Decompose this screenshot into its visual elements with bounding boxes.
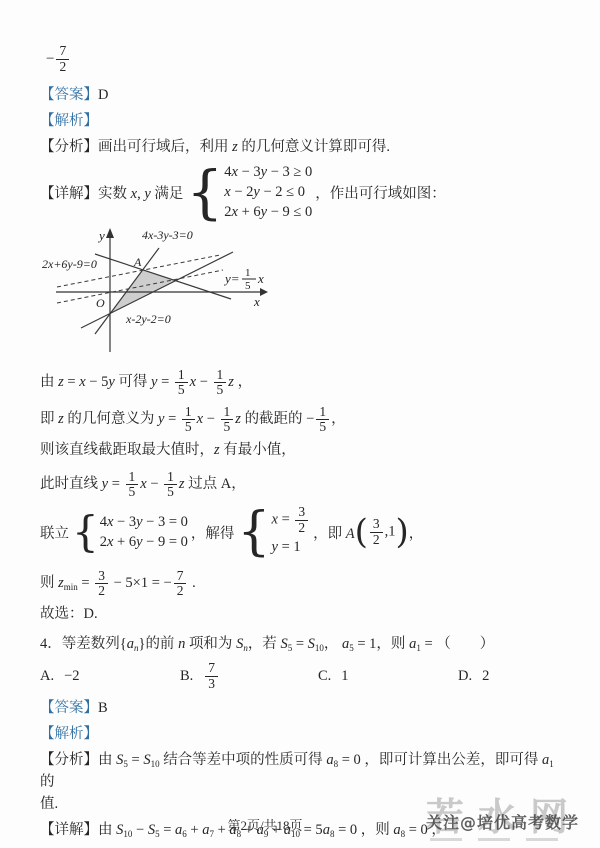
watermark-mark-icon bbox=[526, 838, 558, 841]
big-right-paren: ) bbox=[396, 515, 409, 549]
q3-zmin-text: 则 zmin = 32 − 5×1 = −72 . bbox=[40, 575, 196, 591]
inequality-equations: 4x − 3y − 3 ≥ 0 x − 2y − 2 ≤ 0 2x + 6y −… bbox=[224, 162, 312, 222]
solution-y: y = 1 bbox=[272, 535, 311, 559]
dash-label-denominator: 5 bbox=[245, 280, 251, 292]
q3-fenxi-text: 画出可行域后，利用 z 的几何意义计算即可得. bbox=[98, 139, 390, 155]
q3-conclusion-text: 故选：D. bbox=[40, 606, 98, 622]
option-c-label: C. bbox=[318, 668, 331, 685]
inequality-3: 2x + 6y − 9 ≤ 0 bbox=[224, 202, 312, 222]
q3-step-max-intercept-text: 则该直线截距取最大值时，z 有最小值， bbox=[40, 442, 296, 458]
watermark: 若水网 关注@培优高考数学 bbox=[426, 786, 598, 846]
dash-label-y-equals: y= bbox=[223, 271, 240, 286]
watermark-small-marks bbox=[430, 838, 558, 841]
option-a: A. −2 bbox=[40, 668, 180, 685]
q3-step-through-A-text: 此时直线 y = 15x − 15z 过点 A， bbox=[40, 476, 246, 492]
q3-step-geometric-meaning: 即 z 的几何意义为 y = 15x − 15z 的截距的 −15， bbox=[40, 401, 564, 437]
line3-equation-label: x-2y-2=0 bbox=[125, 312, 171, 326]
q3-zmin-line: 则 zmin = 32 − 5×1 = −72 . bbox=[40, 565, 564, 601]
q4-answer-line: 【答案】B bbox=[40, 697, 564, 719]
jiede-label: ，解得 bbox=[191, 522, 235, 543]
inequality-2: x − 2y − 2 ≤ 0 bbox=[224, 182, 312, 202]
q4-fenxi-text-cont: 值. bbox=[40, 796, 58, 812]
option-b-label: B. bbox=[180, 668, 193, 685]
option-d-value: 2 bbox=[482, 668, 489, 685]
q3-step-geometric-meaning-text: 即 z 的几何意义为 y = 15x − 15z 的截距的 −15， bbox=[40, 411, 346, 427]
left-brace: { bbox=[72, 513, 99, 551]
q4-options-row: A. −2 B. 73 C. 1 D. 2 bbox=[40, 661, 564, 691]
exam-solution-page: −72 【答案】D 【解析】 【分析】画出可行域后，利用 z 的几何意义计算即可… bbox=[0, 0, 600, 848]
jiexi-label: 【解析】 bbox=[40, 113, 98, 129]
solution-system: { x = 32 y = 1 bbox=[237, 505, 310, 559]
option-a-value: −2 bbox=[64, 668, 79, 685]
option-c: C. 1 bbox=[318, 668, 458, 685]
q4-answer-value: B bbox=[98, 700, 108, 716]
option-d: D. 2 bbox=[458, 668, 489, 685]
lianli-label: 联立 bbox=[40, 522, 69, 543]
option-d-leftover: −72 bbox=[46, 44, 564, 74]
origin-label: O bbox=[96, 296, 105, 310]
left-brace: { bbox=[237, 509, 270, 556]
q3-step-z-definition-text: 由 z = x − 5y 可得 y = 15x − 15z ， bbox=[40, 374, 252, 390]
answer-label: 【答案】 bbox=[40, 87, 98, 103]
point-a-coordinates: 32,1 bbox=[368, 517, 396, 547]
solution-equations: x = 32 y = 1 bbox=[272, 505, 311, 559]
q3-step-through-A: 此时直线 y = 15x − 15z 过点 A， bbox=[40, 467, 564, 501]
q3-solve-system-line: 联立 { 4x − 3y − 3 = 0 2x + 6y − 9 = 0 ，解得… bbox=[40, 505, 564, 559]
feasible-region-svg: y x O A 4x-3y-3=0 2x+6y-9=0 x-2y-2=0 y= … bbox=[42, 226, 304, 354]
q3-xiangjie-pre: 实数 x, y 满足 bbox=[98, 182, 183, 203]
option-c-value: 1 bbox=[341, 668, 348, 685]
option-a-label: A. bbox=[40, 668, 54, 685]
q3-answer-value: D bbox=[98, 87, 108, 103]
point-a-label: A bbox=[133, 255, 142, 269]
q3-step-z-definition: 由 z = x − 5y 可得 y = 15x − 15z ， bbox=[40, 365, 564, 399]
line-tail-comma: ， bbox=[409, 522, 424, 543]
q4-stem-line: 4．等差数列{an}的前 n 项和为 Sn，若 S5 = S10， a5 = 1… bbox=[40, 633, 564, 655]
point-a-intro: ，即 A bbox=[313, 522, 354, 543]
q3-xiangjie-post: ，作出可行域如图： bbox=[315, 182, 446, 203]
fenxi-label: 【分析】 bbox=[40, 139, 98, 155]
watermark-mark-icon bbox=[478, 838, 510, 841]
equation-system: { 4x − 3y − 3 = 0 2x + 6y − 9 = 0 bbox=[72, 512, 188, 552]
system-equations: 4x − 3y − 3 = 0 2x + 6y − 9 = 0 bbox=[100, 512, 188, 552]
option-b: B. 73 bbox=[180, 661, 318, 691]
q3-fenxi-line: 【分析】画出可行域后，利用 z 的几何意义计算即可得. bbox=[40, 136, 564, 158]
q3-xiangjie-system-line: 【详解】实数 x, y 满足 { 4x − 3y − 3 ≥ 0 x − 2y … bbox=[40, 162, 564, 222]
answer-label: 【答案】 bbox=[40, 700, 98, 716]
q4-fenxi-text: 由 S5 = S10 结合等差中项的性质可得 a8 = 0 ，即可计算出公差，即… bbox=[40, 752, 554, 790]
option-b-value: 73 bbox=[203, 661, 220, 691]
fraction-negative-seven-halves: −72 bbox=[46, 51, 71, 67]
fenxi-label: 【分析】 bbox=[40, 752, 98, 768]
dashed-line-equation-label: y= 1 5 x bbox=[223, 267, 264, 292]
line1-equation-label: 4x-3y-3=0 bbox=[142, 228, 193, 242]
q4-jiexi-line: 【解析】 bbox=[40, 723, 564, 745]
jiexi-label: 【解析】 bbox=[40, 726, 98, 742]
q3-step-max-intercept: 则该直线截距取最大值时，z 有最小值， bbox=[40, 439, 564, 461]
system-eq2: 2x + 6y − 9 = 0 bbox=[100, 532, 188, 552]
x-axis-label: x bbox=[253, 294, 260, 309]
solution-x: x = 32 bbox=[272, 505, 311, 535]
big-left-paren: ( bbox=[355, 515, 368, 549]
q3-answer-line: 【答案】D bbox=[40, 84, 564, 106]
watermark-follow-text: 关注@培优高考数学 bbox=[426, 810, 579, 833]
q3-conclusion-line: 故选：D. bbox=[40, 603, 564, 625]
y-axis-label: y bbox=[97, 228, 105, 243]
option-d-label: D. bbox=[458, 668, 472, 685]
q4-stem-text: 4．等差数列{an}的前 n 项和为 Sn，若 S5 = S10， a5 = 1… bbox=[40, 636, 494, 652]
dash-label-numerator: 1 bbox=[245, 267, 251, 279]
system-eq1: 4x − 3y − 3 = 0 bbox=[100, 512, 188, 532]
y-axis-arrow-icon bbox=[106, 228, 114, 238]
inequality-1: 4x − 3y − 3 ≥ 0 bbox=[224, 162, 312, 182]
xiangjie-label: 【详解】 bbox=[40, 182, 98, 203]
left-brace: { bbox=[186, 166, 223, 218]
dash-label-x: x bbox=[257, 271, 264, 286]
line2-equation-label: 2x+6y-9=0 bbox=[42, 257, 97, 271]
x-axis-arrow-icon bbox=[260, 288, 268, 296]
q3-jiexi-line: 【解析】 bbox=[40, 110, 564, 132]
watermark-mark-icon bbox=[430, 838, 462, 841]
feasible-region-figure: y x O A 4x-3y-3=0 2x+6y-9=0 x-2y-2=0 y= … bbox=[42, 226, 564, 359]
inequality-system: { 4x − 3y − 3 ≥ 0 x − 2y − 2 ≤ 0 2x + 6y… bbox=[186, 162, 312, 222]
